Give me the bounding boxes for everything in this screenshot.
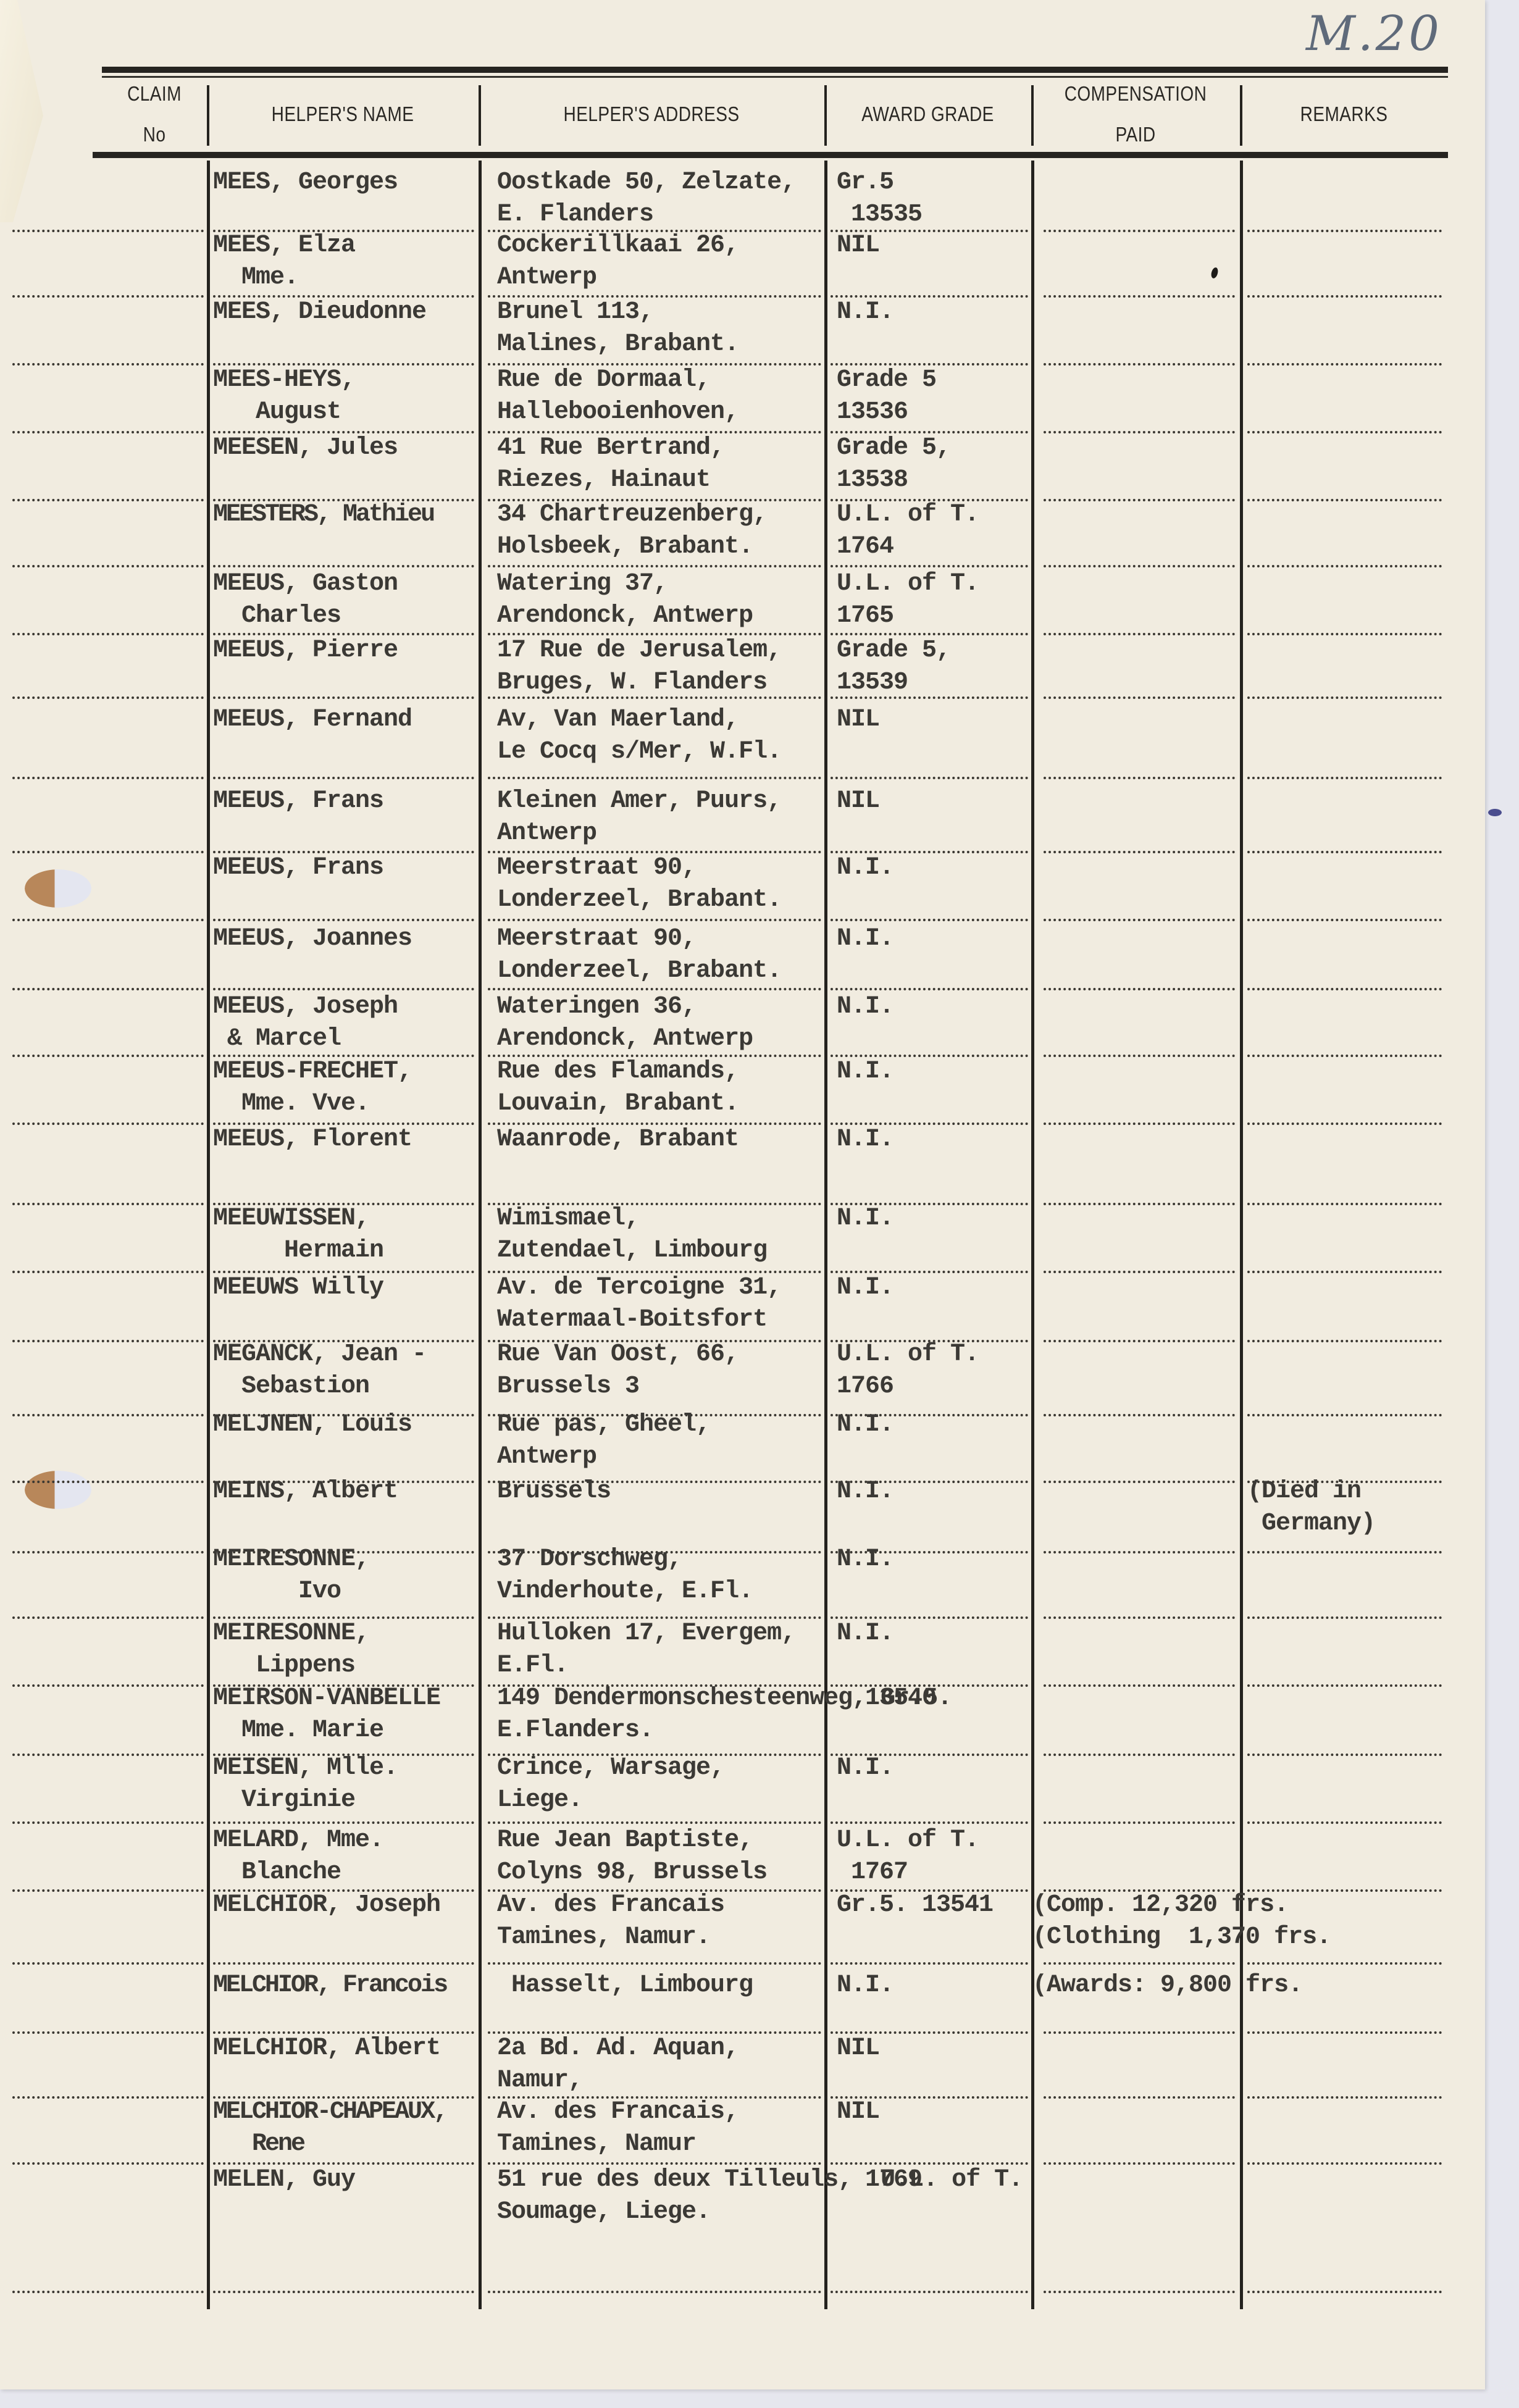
- cell-award: Grade 513536: [837, 364, 936, 429]
- cell-line: MELCHIOR, Francois: [213, 1970, 446, 2002]
- cell-line: MEES-HEYS,: [213, 364, 355, 396]
- cell-address: Wateringen 36,Arendonck, Antwerp: [497, 991, 753, 1055]
- cell-line: NIL: [837, 230, 879, 262]
- row-separator: [1247, 2291, 1442, 2293]
- cell-address: Av, Van Maerland,Le Cocq s/Mer, W.Fl.: [497, 704, 781, 768]
- cell-award: Grade 5,13539: [837, 635, 950, 699]
- cell-address: 51 rue des deux Tilleuls, U.L. of T.Soum…: [497, 2164, 1023, 2228]
- cell-line: U.L. of T.: [837, 1825, 979, 1857]
- cell-line: Louvain, Brabant.: [497, 1088, 739, 1120]
- row-separator: [12, 499, 204, 501]
- cell-compensation: (Comp. 12,320 frs.(Clothing 1,370 frs.: [1032, 1889, 1331, 1954]
- cell-name: MEEUS, Frans: [213, 852, 383, 884]
- header-column-divider: [1240, 85, 1242, 146]
- cell-line: 41 Rue Bertrand,: [497, 432, 724, 464]
- cell-award: N.I.: [837, 991, 893, 1023]
- cell-line: NIL: [837, 785, 879, 817]
- cell-name: MEES-HEYS, August: [213, 364, 355, 429]
- column-divider: [479, 161, 482, 2309]
- ink-speck: [1210, 267, 1219, 279]
- cell-line: MELCHIOR, Albert: [213, 2033, 440, 2065]
- row-separator: [1044, 919, 1235, 921]
- row-separator: [831, 919, 1028, 921]
- cell-name: MEEUS, Gaston Charles: [213, 568, 398, 632]
- row-separator: [12, 1122, 204, 1125]
- row-separator: [12, 777, 204, 779]
- cell-line: Mme. Marie: [213, 1715, 440, 1747]
- cell-award: N.I.: [837, 1618, 893, 1650]
- cell-award: N.I.: [837, 923, 893, 955]
- row-separator: [1044, 851, 1235, 853]
- row-separator: [488, 1821, 821, 1824]
- row-separator: [1247, 1414, 1442, 1416]
- cell-line: Hallebooienhoven,: [497, 396, 739, 429]
- cell-name: MELCHIOR, Francois: [213, 1970, 446, 2002]
- row-separator: [1044, 1684, 1235, 1687]
- row-separator: [1247, 851, 1442, 853]
- cell-line: Hermain: [213, 1235, 383, 1267]
- row-separator: [1247, 499, 1442, 501]
- column-header-award: AWARD GRADE: [840, 79, 1016, 148]
- row-separator: [12, 1821, 204, 1824]
- column-header-address: HELPER'S ADDRESS: [504, 79, 798, 148]
- row-separator: [1044, 2096, 1235, 2099]
- page-mark: M.20: [1306, 6, 1442, 62]
- cell-line: Wimismael,: [497, 1203, 767, 1235]
- cell-address: Rue Jean Baptiste,Colyns 98, Brussels: [497, 1825, 767, 1889]
- cell-address: Watering 37,Arendonck, Antwerp: [497, 568, 753, 632]
- cell-line: 1765: [837, 600, 979, 632]
- cell-line: Kleinen Amer, Puurs,: [497, 785, 781, 817]
- row-separator: [1247, 1616, 1442, 1619]
- cell-line: Malines, Brabant.: [497, 328, 739, 361]
- cell-award: NIL: [837, 785, 879, 817]
- row-separator: [831, 1821, 1028, 1824]
- row-separator: [12, 1889, 204, 1892]
- cell-line: MELJNEN, Louis: [213, 1409, 412, 1441]
- cell-award: N.I.: [837, 1544, 893, 1576]
- cell-line: MEESEN, Jules: [213, 432, 398, 464]
- cell-name: MEEUWS Willy: [213, 1272, 383, 1304]
- cell-line: MELCHIOR-CHAPEAUX,: [213, 2096, 446, 2128]
- row-separator: [1247, 1122, 1442, 1125]
- cell-address: Av. de Tercoigne 31,Watermaal-Boitsfort: [497, 1272, 781, 1336]
- cell-line: Gr.5. 13541: [837, 1889, 993, 1921]
- cell-line: (Died in: [1247, 1476, 1375, 1508]
- cell-award: 1769: [837, 2164, 922, 2196]
- cell-line: Hulloken 17, Evergem,: [497, 1618, 795, 1650]
- column-divider: [207, 161, 210, 2309]
- cell-line: Charles: [213, 600, 398, 632]
- row-separator: [831, 777, 1028, 779]
- cell-line: Sebastion: [213, 1371, 426, 1403]
- cell-name: MEEUWISSEN, Hermain: [213, 1203, 383, 1267]
- cell-line: U.L. of T.: [837, 499, 979, 531]
- cell-line: 37 Dorschweg,: [497, 1544, 753, 1576]
- cell-award: N.I.: [837, 1409, 893, 1441]
- cell-line: Germany): [1247, 1508, 1375, 1540]
- table-header: CLAIMNoHELPER'S NAMEHELPER'S ADDRESSAWAR…: [102, 79, 1448, 148]
- cell-line: Antwerp: [497, 1441, 710, 1473]
- cell-line: N.I.: [837, 1272, 893, 1304]
- cell-line: E.Fl.: [497, 1650, 795, 1682]
- row-separator: [1247, 777, 1442, 779]
- cell-line: Mme.: [213, 262, 355, 294]
- row-separator: [213, 696, 474, 699]
- header-column-divider: [1031, 85, 1034, 146]
- row-separator: [1247, 1203, 1442, 1205]
- cell-line: MEESTERS, Mathieu: [213, 499, 433, 531]
- row-separator: [213, 565, 474, 567]
- row-separator: [1044, 1551, 1235, 1553]
- cell-line: Tamines, Namur: [497, 2128, 739, 2160]
- cell-name: MEESTERS, Mathieu: [213, 499, 433, 531]
- cell-line: & Marcel: [213, 1023, 398, 1055]
- cell-line: Antwerp: [497, 817, 781, 850]
- cell-line: U.L. of T.: [837, 568, 979, 600]
- cell-line: Colyns 98, Brussels: [497, 1857, 767, 1889]
- cell-line: N.I.: [837, 1203, 893, 1235]
- column-header-label: COMPENSATION: [1065, 83, 1207, 104]
- cell-line: Arendonck, Antwerp: [497, 600, 753, 632]
- row-separator: [1044, 1481, 1235, 1483]
- cell-line: N.I.: [837, 991, 893, 1023]
- cell-name: MEEUS, Frans: [213, 785, 383, 817]
- column-header-label: HELPER'S ADDRESS: [564, 104, 740, 124]
- cell-line: N.I.: [837, 1124, 893, 1156]
- row-separator: [12, 1962, 204, 1965]
- cell-award: N.I.: [837, 1752, 893, 1784]
- cell-address: Cockerillkaai 26,Antwerp: [497, 230, 739, 294]
- cell-line: 51 rue des deux Tilleuls, U.L. of T.: [497, 2164, 1023, 2196]
- cell-line: MEEUS, Gaston: [213, 568, 398, 600]
- cell-line: N.I.: [837, 1544, 893, 1576]
- cell-award: U.L. of T.1764: [837, 499, 979, 563]
- row-separator: [1247, 431, 1442, 433]
- row-separator: [488, 2291, 821, 2293]
- cell-line: Wateringen 36,: [497, 991, 753, 1023]
- row-separator: [1044, 363, 1235, 366]
- row-separator: [1247, 1821, 1442, 1824]
- cell-line: Cockerillkaai 26,: [497, 230, 739, 262]
- cell-address: Av. des FrancaisTamines, Namur.: [497, 1889, 724, 1954]
- row-separator: [1044, 1821, 1235, 1824]
- ink-mark: [1488, 809, 1502, 816]
- cell-line: MEINS, Albert: [213, 1476, 398, 1508]
- row-separator: [1044, 1122, 1235, 1125]
- cell-line: MELEN, Guy: [213, 2164, 355, 2196]
- row-separator: [12, 1271, 204, 1273]
- cell-line: Grade 5,: [837, 432, 950, 464]
- cell-line: 2a Bd. Ad. Aquan,: [497, 2033, 739, 2065]
- cell-line: Soumage, Liege.: [497, 2196, 1023, 2228]
- row-separator: [1247, 565, 1442, 567]
- cell-line: Av. de Tercoigne 31,: [497, 1272, 781, 1304]
- row-separator: [831, 696, 1028, 699]
- cell-award: U.L. of T.1765: [837, 568, 979, 632]
- row-separator: [1044, 1414, 1235, 1416]
- cell-line: Blanche: [213, 1857, 383, 1889]
- cell-line: Arendonck, Antwerp: [497, 1023, 753, 1055]
- cell-line: Mme. Vve.: [213, 1088, 412, 1120]
- cell-line: Liege.: [497, 1784, 724, 1816]
- row-separator: [12, 1551, 204, 1553]
- cell-line: MEISEN, Mlle.: [213, 1752, 398, 1784]
- folded-corner: [0, 0, 43, 222]
- cell-line: MEEUS, Florent: [213, 1124, 412, 1156]
- cell-line: Antwerp: [497, 262, 739, 294]
- cell-line: Zutendael, Limbourg: [497, 1235, 767, 1267]
- cell-name: MEES, Elza Mme.: [213, 230, 355, 294]
- row-separator: [12, 633, 204, 635]
- cell-award: NIL: [837, 230, 879, 262]
- cell-address: Rue pas, Gheel,Antwerp: [497, 1409, 710, 1473]
- row-separator: [1044, 633, 1235, 635]
- cell-line: Av, Van Maerland,: [497, 704, 781, 736]
- row-separator: [488, 696, 821, 699]
- header-top-thin-rule: [102, 76, 1448, 78]
- row-separator: [488, 565, 821, 567]
- row-separator: [12, 230, 204, 232]
- cell-award: Gr.5. 13541: [837, 1889, 993, 1921]
- row-separator: [1044, 499, 1235, 501]
- cell-award: N.I.: [837, 1056, 893, 1088]
- cell-line: MEEUS, Frans: [213, 852, 383, 884]
- cell-line: Rue Van Oost, 66,: [497, 1339, 739, 1371]
- column-header-label: No: [143, 124, 166, 144]
- cell-address: Oostkade 50, Zelzate,E. Flanders: [497, 167, 795, 231]
- column-header-label: CLAIM: [127, 83, 182, 104]
- cell-line: Rene: [213, 2128, 446, 2160]
- cell-line: N.I.: [837, 923, 893, 955]
- cell-line: Le Cocq s/Mer, W.Fl.: [497, 736, 781, 768]
- cell-line: N.I.: [837, 296, 893, 328]
- cell-address: Meerstraat 90,Londerzeel, Brabant.: [497, 852, 781, 916]
- cell-line: Bruges, W. Flanders: [497, 667, 781, 699]
- row-separator: [213, 1821, 474, 1824]
- cell-name: MEISEN, Mlle. Virginie: [213, 1752, 398, 1816]
- cell-line: Brussels: [497, 1476, 611, 1508]
- cell-name: MEEUS, Florent: [213, 1124, 412, 1156]
- row-separator: [12, 295, 204, 298]
- row-separator: [1044, 1340, 1235, 1342]
- row-separator: [213, 1962, 474, 1965]
- cell-line: 13539: [837, 667, 950, 699]
- cell-line: MEEUWS Willy: [213, 1272, 383, 1304]
- row-separator: [1044, 565, 1235, 567]
- row-separator: [12, 1203, 204, 1205]
- row-separator: [12, 919, 204, 921]
- header-top-rule: [102, 67, 1448, 73]
- cell-line: Brunel 113,: [497, 296, 739, 328]
- cell-line: MELARD, Mme.: [213, 1825, 383, 1857]
- cell-name: MEES, Dieudonne: [213, 296, 426, 328]
- cell-line: MEIRESONNE,: [213, 1544, 369, 1576]
- cell-line: N.I.: [837, 1752, 893, 1784]
- cell-line: 34 Chartreuzenberg,: [497, 499, 767, 531]
- column-divider: [824, 161, 827, 2309]
- cell-award: 13540: [837, 1683, 936, 1715]
- row-separator: [213, 988, 474, 990]
- row-separator: [12, 2096, 204, 2099]
- cell-line: 13536: [837, 396, 936, 429]
- cell-line: Crince, Warsage,: [497, 1752, 724, 1784]
- cell-name: MEIRESONNE, Lippens: [213, 1618, 369, 1682]
- cell-line: N.I.: [837, 1056, 893, 1088]
- row-separator: [831, 565, 1028, 567]
- row-separator: [12, 2162, 204, 2165]
- column-header-label: HELPER'S NAME: [272, 104, 414, 124]
- row-separator: [213, 2291, 474, 2293]
- row-separator: [12, 565, 204, 567]
- cell-address: Wimismael,Zutendael, Limbourg: [497, 1203, 767, 1267]
- cell-address: Hasselt, Limbourg: [497, 1970, 753, 2002]
- cell-name: MEESEN, Jules: [213, 432, 398, 464]
- row-separator: [1247, 2031, 1442, 2034]
- cell-address: Waanrode, Brabant: [497, 1124, 739, 1156]
- row-separator: [12, 696, 204, 699]
- cell-line: Brussels 3: [497, 1371, 739, 1403]
- row-separator: [1247, 919, 1442, 921]
- cell-line: Rue Jean Baptiste,: [497, 1825, 767, 1857]
- column-header-name: HELPER'S NAME: [227, 79, 458, 148]
- row-separator: [12, 1754, 204, 1756]
- cell-award: U.L. of T. 1767: [837, 1825, 979, 1889]
- cell-award: Grade 5,13538: [837, 432, 950, 496]
- cell-line: MEIRSON-VANBELLE: [213, 1683, 440, 1715]
- cell-line: (Comp. 12,320 frs.: [1032, 1889, 1331, 1921]
- row-separator: [1247, 295, 1442, 298]
- cell-address: 2a Bd. Ad. Aquan,Namur,: [497, 2033, 739, 2097]
- row-separator: [1247, 363, 1442, 366]
- cell-address: 34 Chartreuzenberg,Holsbeek, Brabant.: [497, 499, 767, 563]
- cell-address: Rue Van Oost, 66,Brussels 3: [497, 1339, 739, 1403]
- cell-line: MEEUS, Frans: [213, 785, 383, 817]
- cell-line: Tamines, Namur.: [497, 1921, 724, 1954]
- row-separator: [12, 1684, 204, 1687]
- cell-line: (Clothing 1,370 frs.: [1032, 1921, 1331, 1954]
- cell-line: Namur,: [497, 2065, 739, 2097]
- cell-line: Holsbeek, Brabant.: [497, 531, 767, 563]
- cell-address: Rue des Flamands,Louvain, Brabant.: [497, 1056, 739, 1120]
- punch-hole: [25, 1471, 91, 1509]
- cell-award: NIL: [837, 2033, 879, 2065]
- cell-name: MEEUS, Joseph & Marcel: [213, 991, 398, 1055]
- cell-line: 1767: [837, 1857, 979, 1889]
- row-separator: [12, 2291, 204, 2293]
- row-separator: [1044, 1271, 1235, 1273]
- cell-line: Av. des Francais: [497, 1889, 724, 1921]
- cell-line: Londerzeel, Brabant.: [497, 884, 781, 916]
- row-separator: [1044, 431, 1235, 433]
- cell-address: 37 Dorschweg,Vinderhoute, E.Fl.: [497, 1544, 753, 1608]
- cell-line: Hasselt, Limbourg: [497, 1970, 753, 2002]
- cell-address: 41 Rue Bertrand,Riezes, Hainaut: [497, 432, 724, 496]
- cell-line: Lippens: [213, 1650, 369, 1682]
- cell-line: N.I.: [837, 1476, 893, 1508]
- row-separator: [831, 1962, 1028, 1965]
- row-separator: [1247, 1551, 1442, 1553]
- row-separator: [1247, 1962, 1442, 1965]
- row-separator: [1044, 696, 1235, 699]
- cell-line: Rue de Dormaal,: [497, 364, 739, 396]
- cell-line: 13538: [837, 464, 950, 496]
- cell-name: MEEUS-FRECHET, Mme. Vve.: [213, 1056, 412, 1120]
- header-column-divider: [207, 85, 209, 146]
- cell-line: NIL: [837, 2096, 879, 2128]
- row-separator: [12, 431, 204, 433]
- column-header-label: PAID: [1115, 124, 1155, 144]
- column-header-compensation: COMPENSATIONPAID: [1047, 79, 1224, 148]
- cell-name: MELEN, Guy: [213, 2164, 355, 2196]
- cell-line: Gr.5: [837, 167, 922, 199]
- cell-line: Grade 5: [837, 364, 936, 396]
- row-separator: [1247, 988, 1442, 990]
- cell-line: Av. des Francais,: [497, 2096, 739, 2128]
- cell-name: MELCHIOR, Albert: [213, 2033, 440, 2065]
- cell-name: MEES, Georges: [213, 167, 398, 199]
- cell-award: N.I.: [837, 1272, 893, 1304]
- cell-award: NIL: [837, 2096, 879, 2128]
- row-separator: [488, 777, 821, 779]
- cell-line: MELCHIOR, Joseph: [213, 1889, 440, 1921]
- row-separator: [1044, 1616, 1235, 1619]
- row-separator: [1247, 1754, 1442, 1756]
- header-column-divider: [824, 85, 827, 146]
- cell-address: Meerstraat 90,Londerzeel, Brabant.: [497, 923, 781, 987]
- cell-address: Hulloken 17, Evergem,E.Fl.: [497, 1618, 795, 1682]
- cell-line: MEES, Dieudonne: [213, 296, 426, 328]
- row-separator: [12, 363, 204, 366]
- cell-line: N.I.: [837, 852, 893, 884]
- row-separator: [12, 1055, 204, 1057]
- row-separator: [488, 988, 821, 990]
- cell-name: MEGANCK, Jean - Sebastion: [213, 1339, 426, 1403]
- cell-address: Crince, Warsage,Liege.: [497, 1752, 724, 1816]
- row-separator: [831, 988, 1028, 990]
- cell-line: Rue des Flamands,: [497, 1056, 739, 1088]
- cell-award: N.I.: [837, 1970, 893, 2002]
- row-separator: [1044, 295, 1235, 298]
- row-separator: [1247, 230, 1442, 232]
- cell-name: MELJNEN, Louis: [213, 1409, 412, 1441]
- cell-award: N.I.: [837, 1124, 893, 1156]
- cell-line: Vinderhoute, E.Fl.: [497, 1576, 753, 1608]
- cell-name: MEEUS, Fernand: [213, 704, 412, 736]
- cell-line: MEGANCK, Jean -: [213, 1339, 426, 1371]
- cell-award: N.I.: [837, 852, 893, 884]
- row-separator: [12, 1340, 204, 1342]
- cell-line: Watermaal-Boitsfort: [497, 1304, 781, 1336]
- row-separator: [12, 1414, 204, 1416]
- cell-name: MEIRSON-VANBELLE Mme. Marie: [213, 1683, 440, 1747]
- cell-line: MEEUS, Fernand: [213, 704, 412, 736]
- cell-line: NIL: [837, 704, 879, 736]
- cell-award: N.I.: [837, 1476, 893, 1508]
- punch-hole: [25, 869, 91, 908]
- row-separator: [1247, 1055, 1442, 1057]
- cell-line: Waanrode, Brabant: [497, 1124, 739, 1156]
- cell-line: E.Flanders.: [497, 1715, 952, 1747]
- row-separator: [1247, 633, 1442, 635]
- row-separator: [213, 919, 474, 921]
- cell-address: 17 Rue de Jerusalem,Bruges, W. Flanders: [497, 635, 781, 699]
- row-separator: [1247, 696, 1442, 699]
- row-separator: [1044, 777, 1235, 779]
- cell-address: Brussels: [497, 1476, 611, 1508]
- cell-line: 1769: [837, 2164, 922, 2196]
- document-page: M.20 CLAIMNoHELPER'S NAMEHELPER'S ADDRES…: [0, 0, 1485, 2389]
